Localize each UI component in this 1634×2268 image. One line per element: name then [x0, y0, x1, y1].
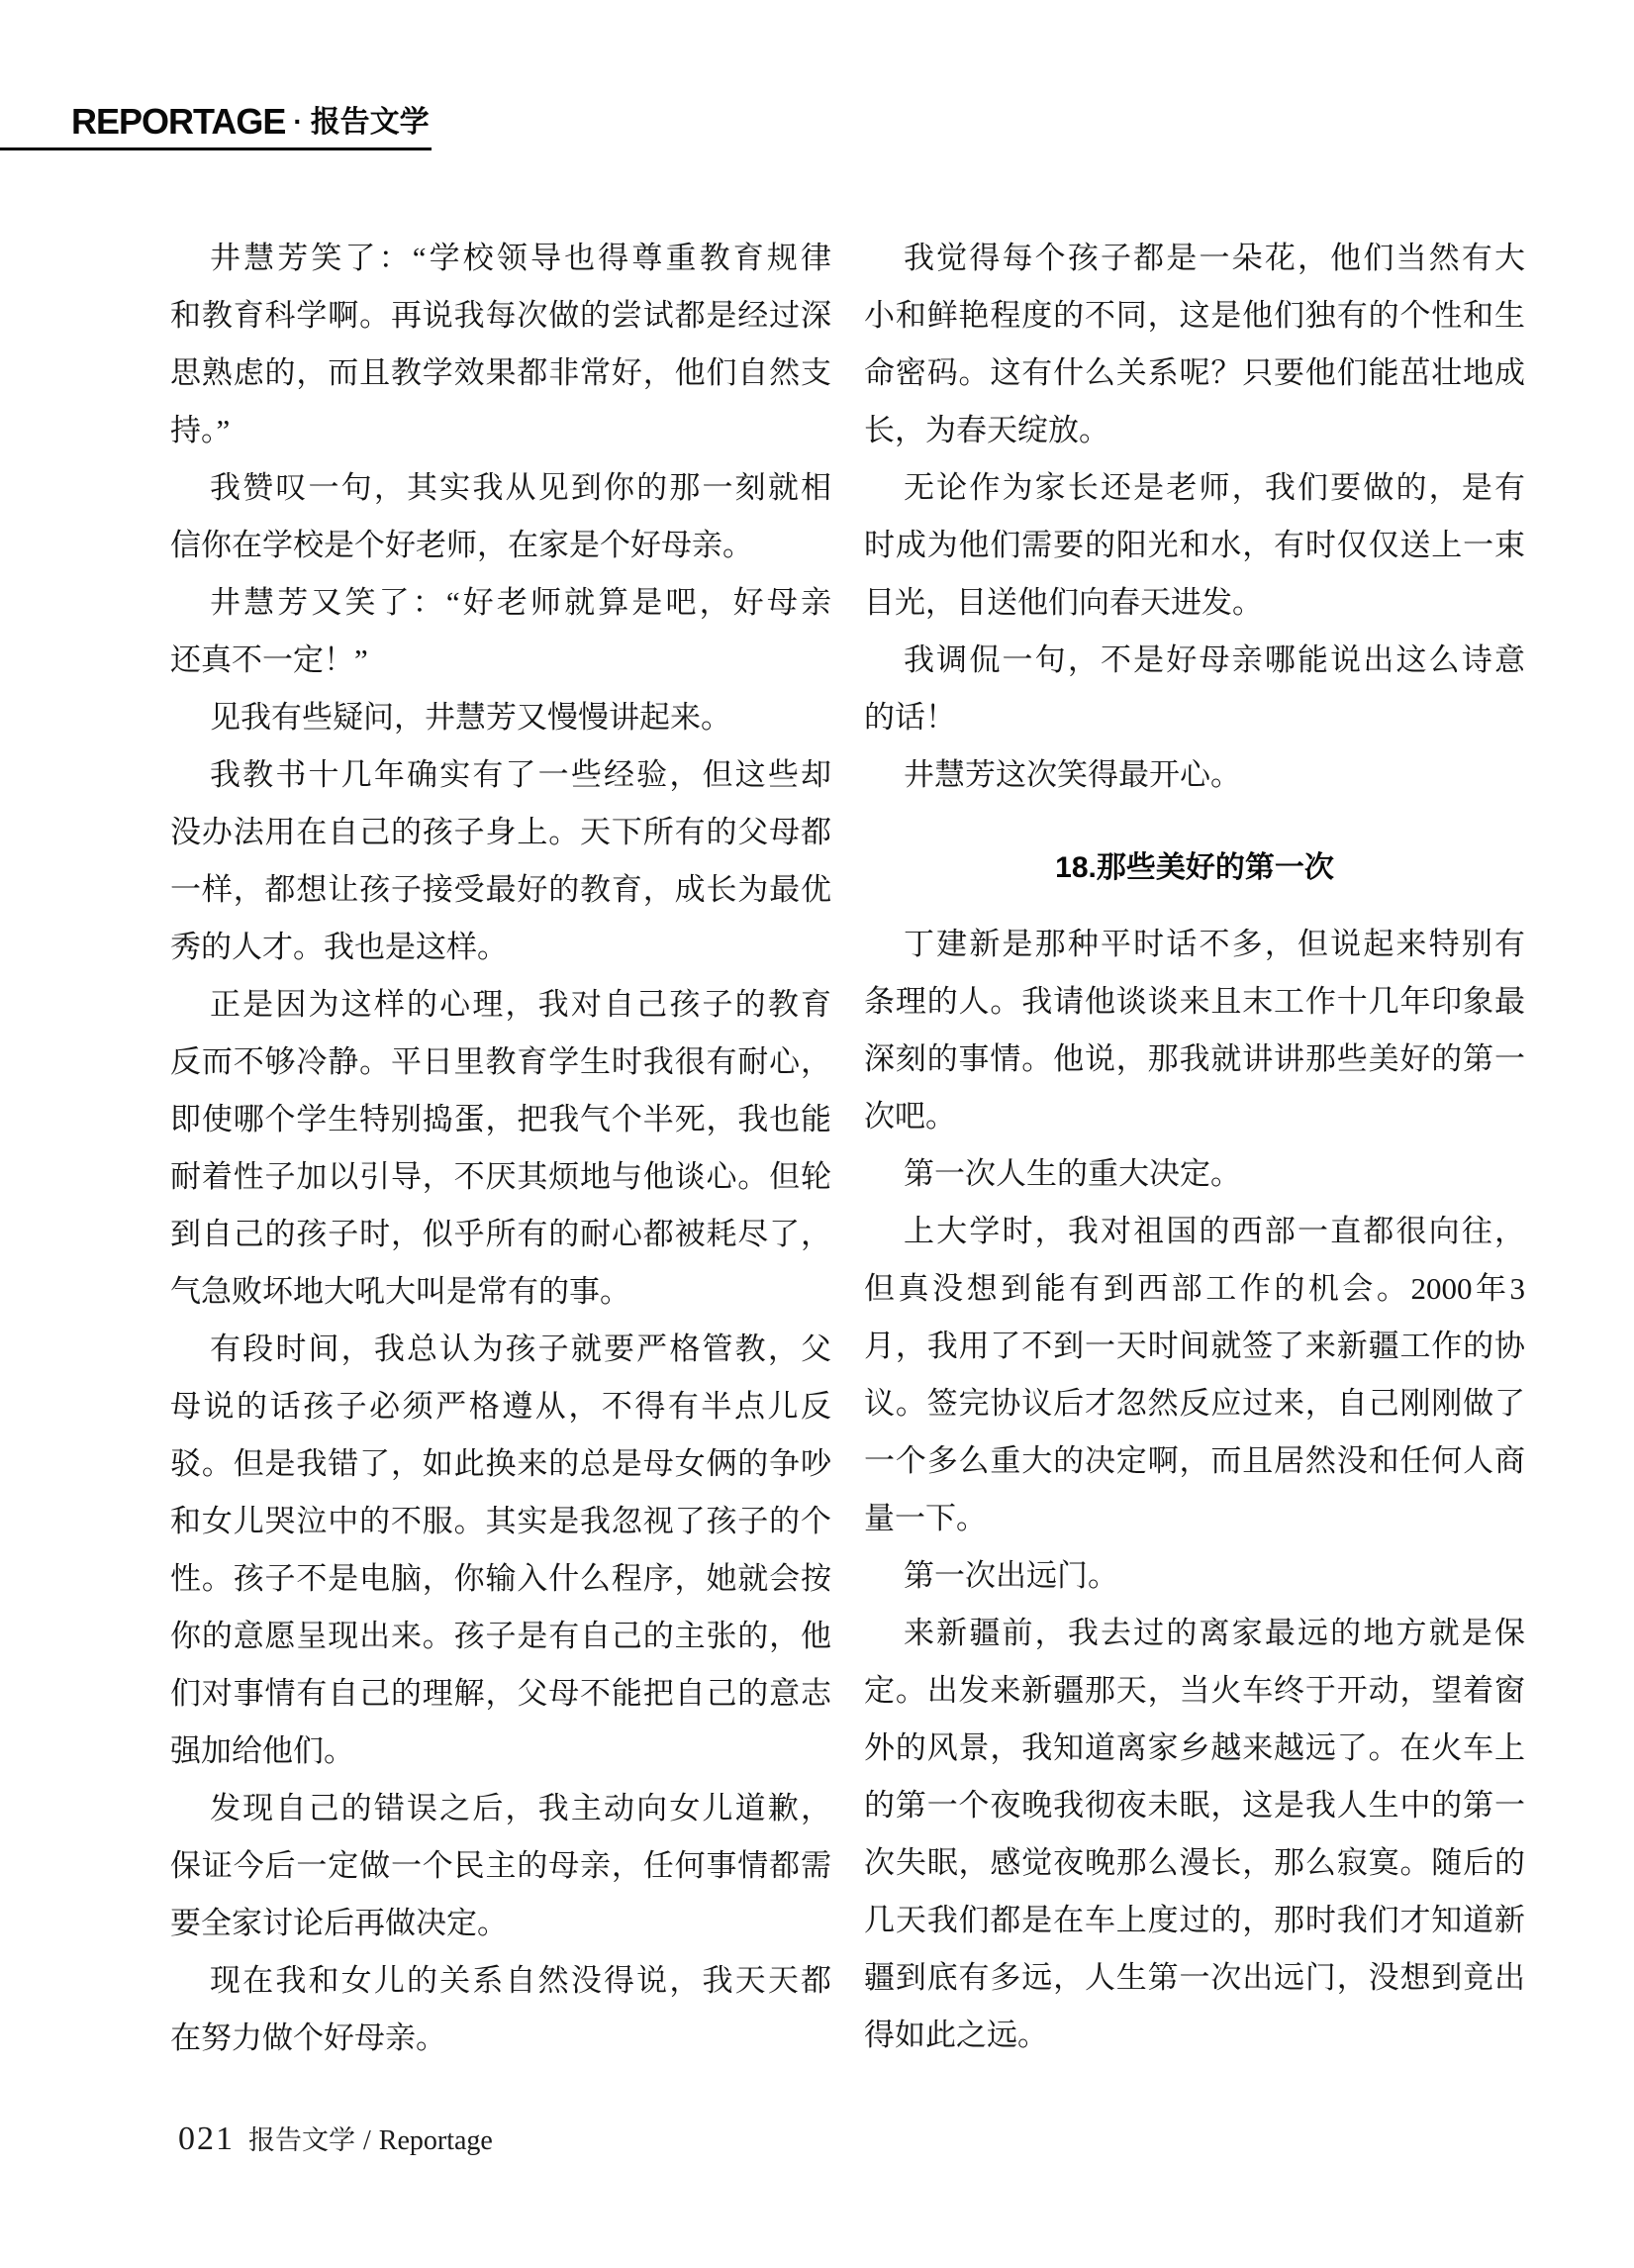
text-line: 还真不一定！” [170, 632, 831, 689]
text-line: 但真没想到能有到西部工作的机会。2000年3 [864, 1260, 1525, 1318]
right-column-top-block: 我觉得每个孩子都是一朵花，他们当然有大小和鲜艳程度的不同，这是他们独有的个性和生… [864, 230, 1525, 804]
text-line: 井慧芳笑了：“学校领导也得尊重教育规律 [170, 230, 831, 287]
text-line: 现在我和女儿的关系自然没得说，我天天都 [170, 1952, 831, 2010]
text-line: 来新疆前，我去过的离家最远的地方就是保 [864, 1605, 1525, 1662]
header-separator-dot: · [293, 106, 302, 137]
text-line: 气急败坏地大吼大叫是常有的事。 [170, 1263, 831, 1321]
text-line: 我赞叹一句，其实我从见到你的那一刻就相 [170, 459, 831, 517]
text-line: 议。签完协议后才忽然反应过来，自己刚刚做了 [864, 1375, 1525, 1432]
text-line: 一个多么重大的决定啊，而且居然没和任何人商 [864, 1432, 1525, 1490]
text-line: 疆到底有多远，人生第一次出远门，没想到竟出 [864, 1949, 1525, 2007]
text-line: 们对事情有自己的理解，父母不能把自己的意志 [170, 1665, 831, 1723]
text-line: 外的风景，我知道离家乡越来越远了。在火车上 [864, 1720, 1525, 1777]
text-line: 即使哪个学生特别捣蛋，把我气个半死，我也能 [170, 1091, 831, 1148]
text-line: 和教育科学啊。再说我每次做的尝试都是经过深 [170, 287, 831, 345]
text-line: 小和鲜艳程度的不同，这是他们独有的个性和生 [864, 287, 1525, 345]
text-line: 上大学时，我对祖国的西部一直都很向往， [864, 1203, 1525, 1260]
text-line: 耐着性子加以引导，不厌其烦地与他谈心。但轮 [170, 1148, 831, 1206]
right-column: 我觉得每个孩子都是一朵花，他们当然有大小和鲜艳程度的不同，这是他们独有的个性和生… [864, 230, 1525, 2064]
text-line: 几天我们都是在车上度过的，那时我们才知道新 [864, 1892, 1525, 1949]
text-line: 次失眠，感觉夜晚那么漫长，那么寂寞。随后的 [864, 1834, 1525, 1892]
page-header: REPORTAGE·报告文学 [71, 97, 430, 143]
text-line: 次吧。 [864, 1088, 1525, 1145]
text-line: 有段时间，我总认为孩子就要严格管教，父 [170, 1321, 831, 1378]
text-line: 月，我用了不到一天时间就签了来新疆工作的协 [864, 1318, 1525, 1375]
text-line: 信你在学校是个好老师，在家是个好母亲。 [170, 517, 831, 574]
header-rule [0, 148, 432, 150]
text-line: 驳。但是我错了，如此换来的总是母女俩的争吵 [170, 1435, 831, 1493]
text-line: 保证今后一定做一个民主的母亲，任何事情都需 [170, 1837, 831, 1895]
header-title-zh: 报告文学 [311, 106, 430, 139]
text-line: 我教书十几年确实有了一些经验，但这些却 [170, 746, 831, 804]
text-line: 正是因为这样的心理，我对自己孩子的教育 [170, 976, 831, 1034]
text-line: 性。孩子不是电脑，你输入什么程序，她就会按 [170, 1550, 831, 1608]
text-line: 得如此之远。 [864, 2007, 1525, 2064]
text-line: 到自己的孩子时，似乎所有的耐心都被耗尽了， [170, 1206, 831, 1263]
footer-separator: / [363, 2125, 371, 2156]
text-line: 见我有些疑问，井慧芳又慢慢讲起来。 [170, 689, 831, 746]
magazine-page: REPORTAGE·报告文学 井慧芳笑了：“学校领导也得尊重教育规律和教育科学啊… [0, 0, 1634, 2268]
text-line: 目光，目送他们向春天进发。 [864, 574, 1525, 632]
text-line: 井慧芳这次笑得最开心。 [864, 746, 1525, 804]
left-column: 井慧芳笑了：“学校领导也得尊重教育规律和教育科学啊。再说我每次做的尝试都是经过深… [170, 230, 831, 2067]
text-line: 没办法用在自己的孩子身上。天下所有的父母都 [170, 804, 831, 861]
text-line: 无论作为家长还是老师，我们要做的，是有 [864, 459, 1525, 517]
text-line: 秀的人才。我也是这样。 [170, 919, 831, 976]
footer-label-zh: 报告文学 [248, 2125, 355, 2155]
text-line: 持。” [170, 402, 831, 459]
text-line: 思熟虑的，而且教学效果都非常好，他们自然支 [170, 345, 831, 402]
text-line: 的第一个夜晚我彻夜未眠，这是我人生中的第一 [864, 1777, 1525, 1834]
header-title-en: REPORTAGE [71, 101, 285, 142]
text-line: 的话！ [864, 689, 1525, 746]
text-line: 长，为春天绽放。 [864, 402, 1525, 459]
section-heading: 18.那些美好的第一次 [864, 848, 1525, 888]
text-line: 在努力做个好母亲。 [170, 2010, 831, 2067]
text-line: 要全家讨论后再做决定。 [170, 1895, 831, 1952]
text-line: 第一次出远门。 [864, 1547, 1525, 1605]
page-number: 021 [178, 2120, 235, 2157]
text-line: 命密码。这有什么关系呢？只要他们能茁壮地成 [864, 345, 1525, 402]
text-line: 我调侃一句，不是好母亲哪能说出这么诗意 [864, 632, 1525, 689]
text-line: 时成为他们需要的阳光和水，有时仅仅送上一束 [864, 517, 1525, 574]
text-line: 你的意愿呈现出来。孩子是有自己的主张的，他 [170, 1608, 831, 1665]
text-line: 强加给他们。 [170, 1723, 831, 1780]
text-line: 条理的人。我请他谈谈来且末工作十几年印象最 [864, 973, 1525, 1031]
text-line: 井慧芳又笑了：“好老师就算是吧，好母亲 [170, 574, 831, 632]
text-line: 和女儿哭泣中的不服。其实是我忽视了孩子的个 [170, 1493, 831, 1550]
text-line: 定。出发来新疆那天，当火车终于开动，望着窗 [864, 1662, 1525, 1720]
text-line: 母说的话孩子必须严格遵从，不得有半点儿反 [170, 1378, 831, 1435]
footer-label-en: Reportage [379, 2125, 493, 2156]
page-footer: 021报告文学/Reportage [178, 2119, 493, 2158]
text-line: 反而不够冷静。平日里教育学生时我很有耐心， [170, 1034, 831, 1091]
text-line: 发现自己的错误之后，我主动向女儿道歉， [170, 1780, 831, 1837]
right-column-bottom-block: 丁建新是那种平时话不多，但说起来特别有条理的人。我请他谈谈来且末工作十几年印象最… [864, 916, 1525, 2064]
text-line: 丁建新是那种平时话不多，但说起来特别有 [864, 916, 1525, 973]
text-line: 量一下。 [864, 1490, 1525, 1547]
text-line: 深刻的事情。他说，那我就讲讲那些美好的第一 [864, 1031, 1525, 1088]
text-line: 我觉得每个孩子都是一朵花，他们当然有大 [864, 230, 1525, 287]
text-line: 第一次人生的重大决定。 [864, 1145, 1525, 1203]
text-line: 一样，都想让孩子接受最好的教育，成长为最优 [170, 861, 831, 919]
